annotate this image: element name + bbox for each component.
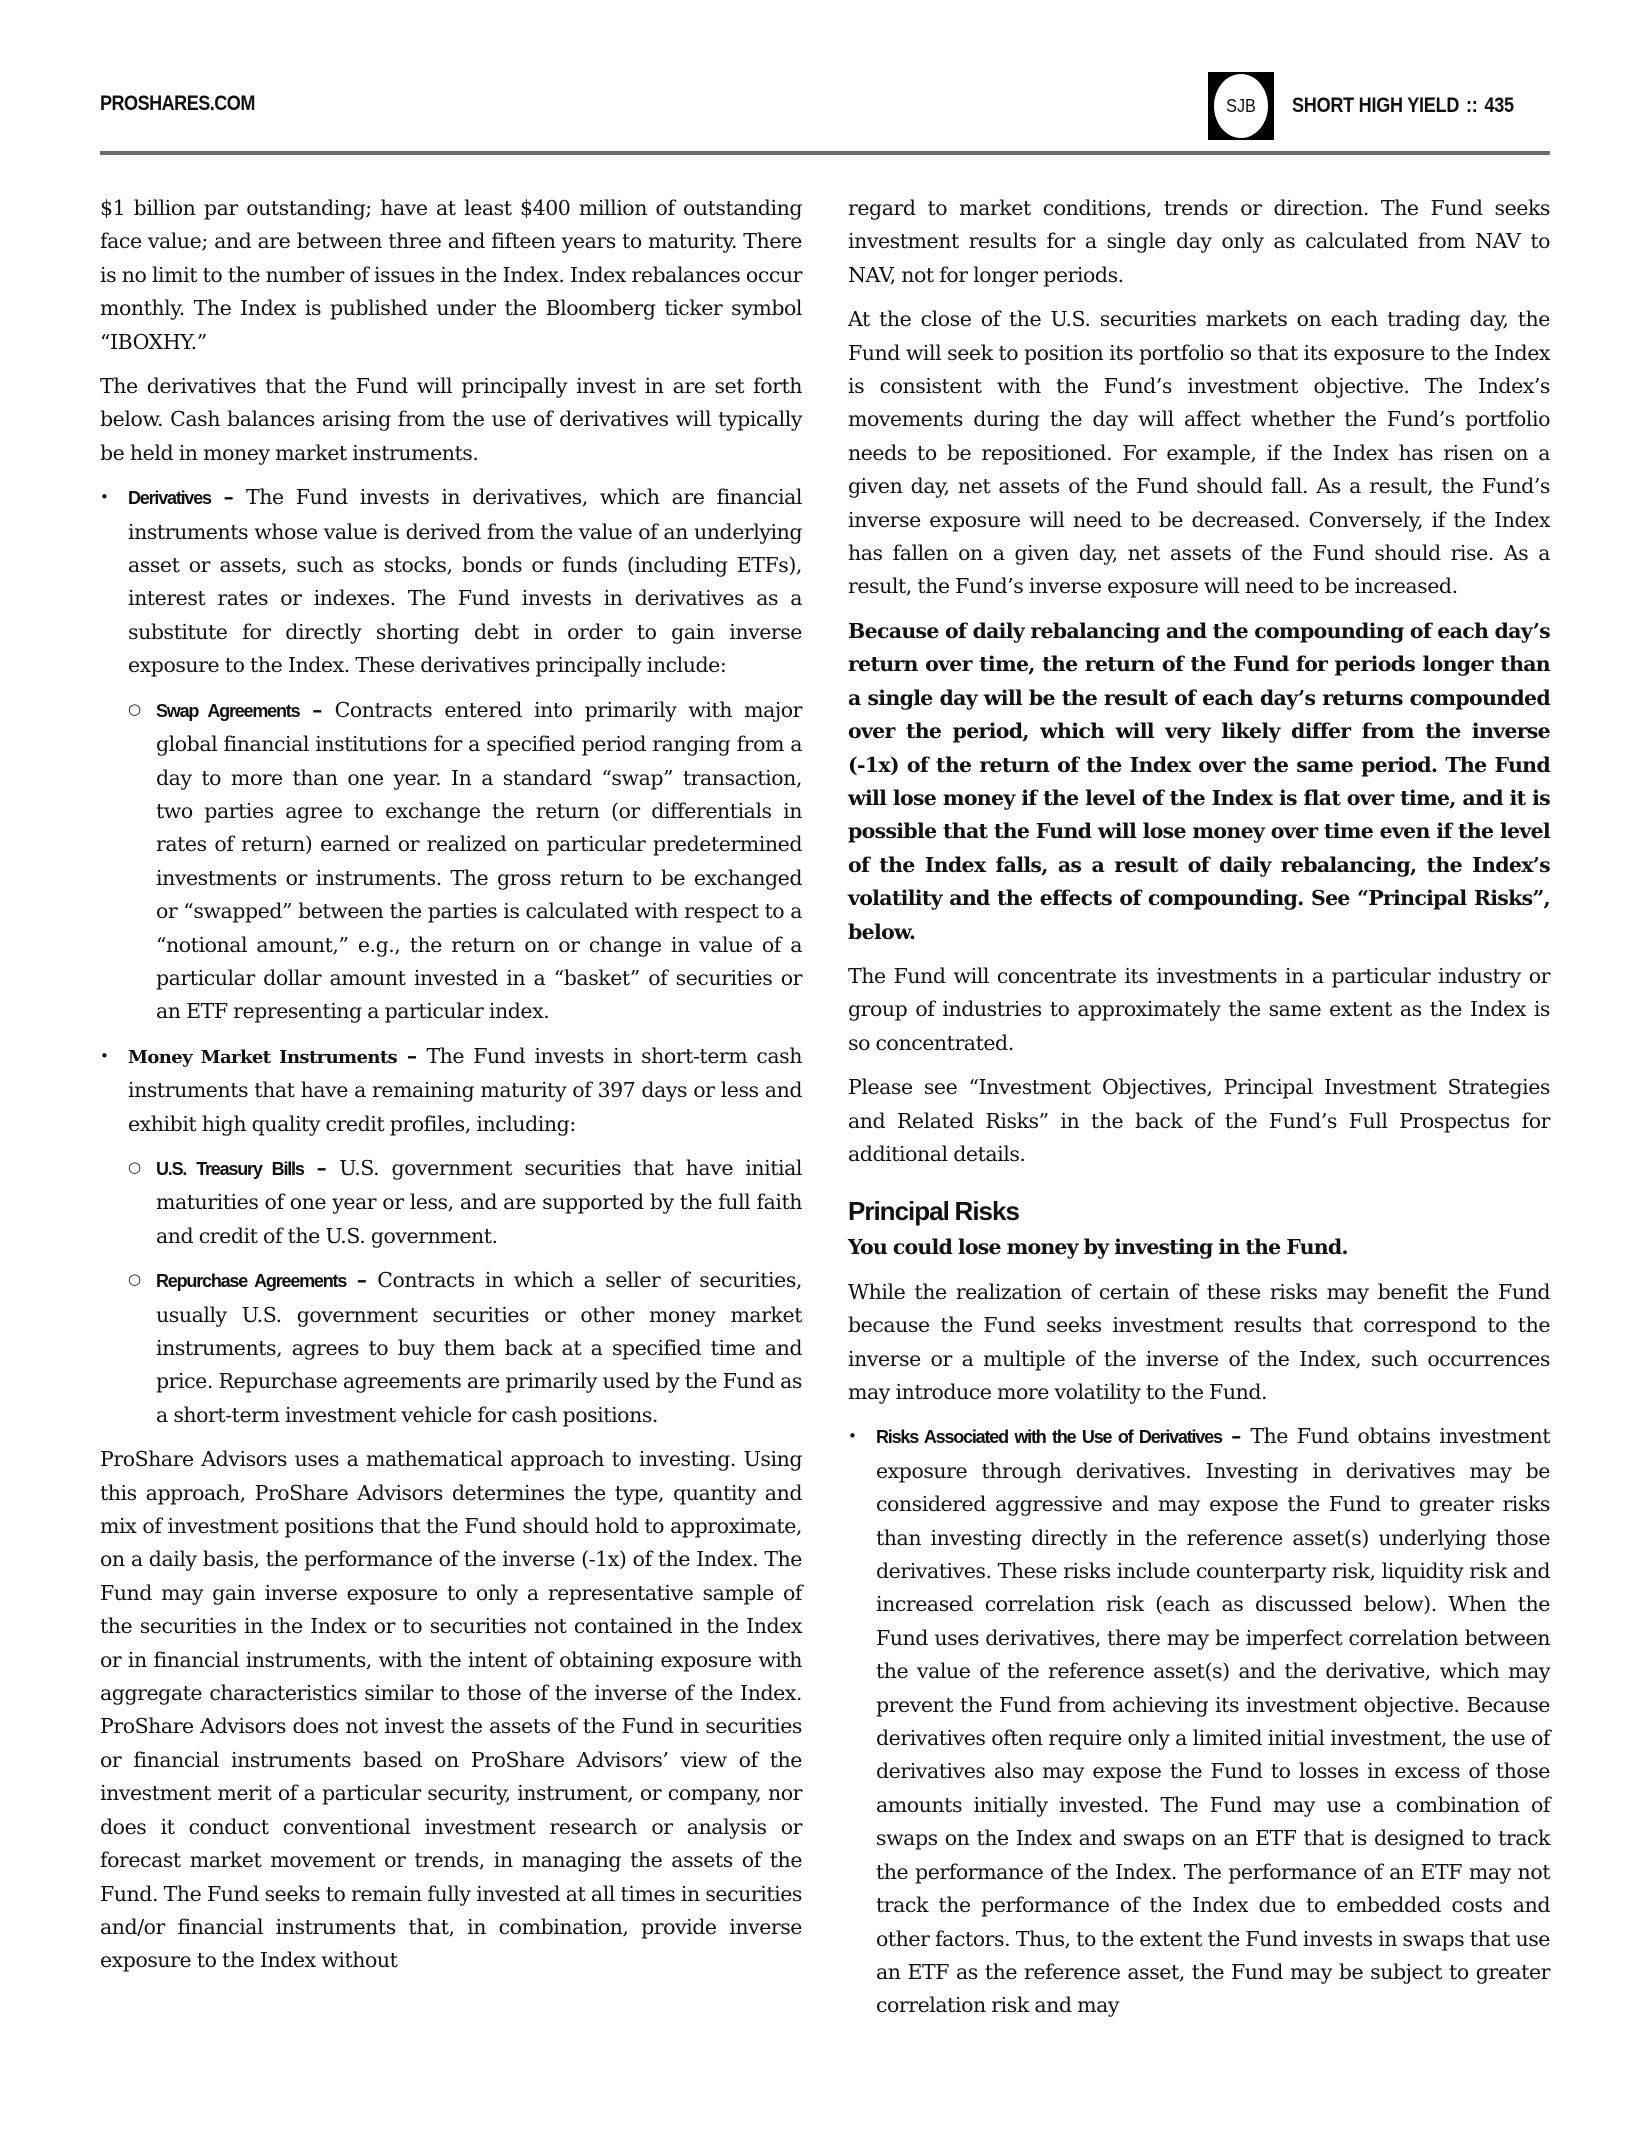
paragraph: The derivatives that the Fund will princ… [100, 370, 802, 470]
list-term: Derivatives [128, 488, 211, 508]
ticker-badge: SJB [1208, 72, 1274, 140]
term-dash: – [397, 1044, 426, 1068]
paragraph: $1 billion par outstanding; have at leas… [100, 192, 802, 359]
circle-bullet-icon: ○ [128, 693, 141, 726]
bullet-icon: • [100, 481, 108, 514]
left-column: $1 billion par outstanding; have at leas… [100, 192, 802, 1989]
risk-warning: You could lose money by investing in the… [848, 1231, 1550, 1264]
paragraph: At the close of the U.S. securities mark… [848, 303, 1550, 604]
list-term: Repurchase Agreements [156, 1271, 346, 1291]
term-dash: – [299, 698, 334, 722]
term-dash: – [304, 1156, 340, 1180]
term-dash: – [1222, 1424, 1251, 1448]
list-item-derivatives-risk: • Risks Associated with the Use of Deriv… [848, 1420, 1550, 2022]
sublist-item-swap-agreements: ○ Swap Agreements – Contracts entered in… [128, 694, 802, 1029]
strategy-list: • Derivatives – The Fund invests in deri… [100, 481, 802, 1432]
list-text: The Fund obtains investment exposure thr… [876, 1424, 1550, 2017]
bold-disclosure: Because of daily rebalancing and the com… [848, 615, 1550, 949]
header-rule [100, 151, 1550, 155]
term-dash: – [211, 485, 246, 509]
circle-bullet-icon: ○ [128, 1151, 141, 1184]
paragraph: While the realization of certain of thes… [848, 1276, 1550, 1410]
list-term: Swap Agreements [156, 701, 299, 721]
sublist-item-treasury-bills: ○ U.S. Treasury Bills – U.S. government … [128, 1152, 802, 1253]
paragraph: ProShare Advisors uses a mathematical ap… [100, 1443, 802, 1978]
circle-bullet-icon: ○ [128, 1263, 141, 1296]
header-right: SJB SHORT HIGH YIELD::435 [1208, 72, 1550, 140]
page-header: PROSHARES.COM SJB SHORT HIGH YIELD::435 [100, 88, 1550, 128]
derivatives-sublist: ○ Swap Agreements – Contracts entered in… [128, 694, 802, 1029]
running-title: SHORT HIGH YIELD::435 [1292, 94, 1514, 118]
sublist-item-repurchase-agreements: ○ Repurchase Agreements – Contracts in w… [128, 1264, 802, 1432]
list-item-derivatives: • Derivatives – The Fund invests in deri… [100, 481, 802, 1029]
site-url: PROSHARES.COM [100, 92, 255, 116]
list-text: The Fund invests in derivatives, which a… [128, 485, 802, 677]
bullet-icon: • [848, 1420, 856, 1453]
list-text: Contracts in which a seller of secu­riti… [156, 1268, 802, 1427]
paragraph: regard to market conditions, trends or d… [848, 192, 1550, 292]
money-market-sublist: ○ U.S. Treasury Bills – U.S. government … [128, 1152, 802, 1432]
fund-name: SHORT HIGH YIELD [1292, 94, 1459, 117]
list-term: U.S. Treasury Bills [156, 1159, 304, 1179]
term-dash: – [346, 1268, 377, 1292]
section-heading: Principal Risks [848, 1193, 1550, 1229]
ticker-badge-circle: SJB [1214, 74, 1268, 138]
paragraph: The Fund will concentrate its investment… [848, 960, 1550, 1060]
list-term: Money Market Instruments [128, 1047, 397, 1068]
title-separator: :: [1466, 94, 1478, 117]
right-column: regard to market conditions, trends or d… [848, 192, 1550, 2034]
risk-list: • Risks Associated with the Use of Deriv… [848, 1420, 1550, 2022]
list-item-money-market: • Money Market Instruments – The Fund in… [100, 1040, 802, 1432]
page-number: 435 [1485, 94, 1514, 117]
list-term: Risks Associated with the Use of Derivat… [876, 1427, 1222, 1447]
list-text: Contracts entered into primarily with ma… [156, 698, 802, 1024]
paragraph: Please see “Investment Objectives, Princ… [848, 1071, 1550, 1171]
bullet-icon: • [100, 1040, 108, 1073]
